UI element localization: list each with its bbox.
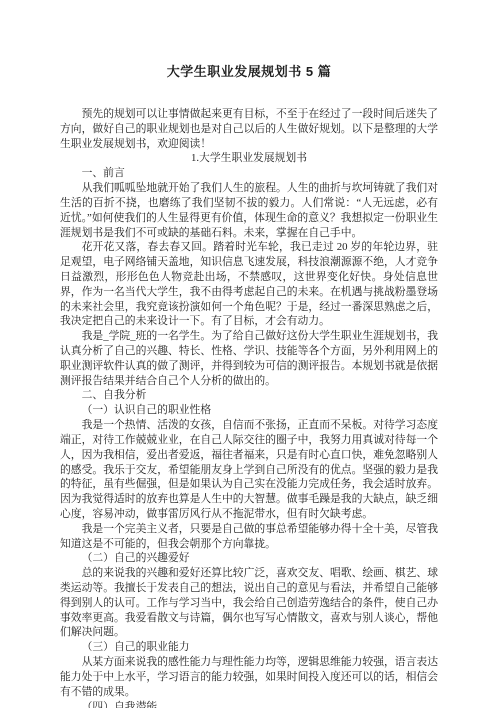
paragraph: 花开花又落，春去春又回。踏着时光车轮，我已走过 20 岁的年轮边界，驻足观望，电… bbox=[60, 240, 438, 329]
section-heading: 一、前言 bbox=[60, 166, 438, 181]
paragraph: 预先的规划可以让事情做起来更有目标，不至于在经过了一段时间后迷失了方向，做好自己… bbox=[60, 107, 438, 151]
paragraph: 从我们呱呱坠地就开始了我们人生的旅程。人生的曲折与坎坷铸就了我们对生活的百折不挠… bbox=[60, 181, 438, 240]
section-heading: （三）自己的职业能力 bbox=[60, 640, 438, 655]
paragraph: 我是一个热情、活泼的女孩，自信而不张扬，正直而不呆板。对待学习态度端正，对待工作… bbox=[60, 418, 438, 522]
paragraph: 我是_学院_班的一名学生。为了给自己做好这份大学生职业生涯规划书，我认真分析了自… bbox=[60, 329, 438, 388]
paragraph: 从某方面来说我的感性能力与理性能力均等，逻辑思维能力较强，语言表达能力处于中上水… bbox=[60, 655, 438, 699]
document-page: 大学生职业发展规划书 5 篇 预先的规划可以让事情做起来更有目标，不至于在经过了… bbox=[0, 0, 500, 708]
document-title: 大学生职业发展规划书 5 篇 bbox=[60, 64, 438, 80]
document-body: 预先的规划可以让事情做起来更有目标，不至于在经过了一段时间后迷失了方向，做好自己… bbox=[60, 107, 438, 708]
paragraph: 总的来说我的兴趣和爱好还算比较广泛，喜欢交友、唱歌、绘画、棋艺、球类运动等。我擅… bbox=[60, 566, 438, 640]
section-heading: （一）认识自己的职业性格 bbox=[60, 403, 438, 418]
paragraph: 我是一个完美主义者，只要是自己做的事总希望能够办得十全十美，尽管我知道这是不可能… bbox=[60, 522, 438, 552]
section-heading: 二、自我分析 bbox=[60, 388, 438, 403]
section-heading: （二）自己的兴趣爱好 bbox=[60, 551, 438, 566]
centered-subtitle: 1.大学生职业发展规划书 bbox=[60, 151, 438, 166]
section-heading: （四）自我潜能 bbox=[60, 700, 438, 708]
